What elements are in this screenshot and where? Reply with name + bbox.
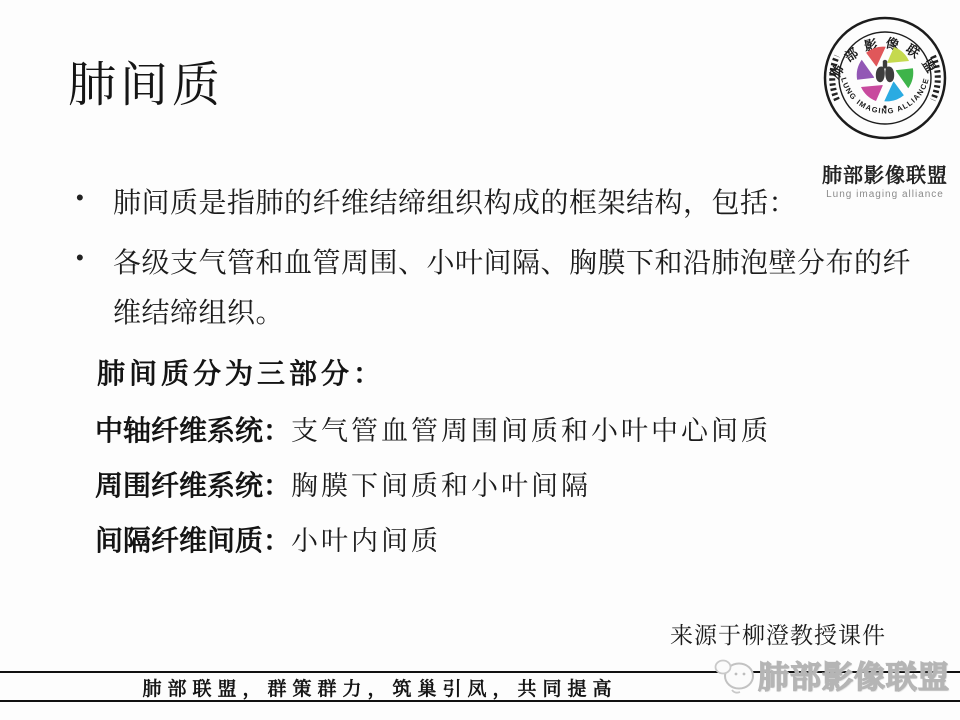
definition-row-axial: 中轴纤维系统：支气管血管周围间质和小叶中心间质 (95, 409, 771, 449)
aperture-blade (861, 85, 883, 101)
definition-label: 周围纤维系统： (95, 470, 291, 501)
definition-text: 小叶内间质 (291, 526, 441, 556)
lung-imaging-alliance-logo: 肺部影像联盟 LUNG IMAGING ALLIANCE (813, 10, 957, 200)
source-credit: 来源于柳澄教授课件 (670, 617, 886, 650)
watermark-mascot-icon (712, 650, 758, 698)
bullet-text: 肺间质是指肺的纤维结缔组织构成的框架结构，包括： (113, 178, 925, 228)
alliance-seal-icon: 肺部影像联盟 LUNG IMAGING ALLIANCE (813, 10, 957, 152)
bullet-text: 各级支气管和血管周围、小叶间隔、胸膜下和沿肺泡壁分布的纤维结缔组织。 (113, 238, 925, 338)
presentation-slide: 肺间质 肺部影像联盟 LUNG IMAGING ALLIANCE (0, 0, 960, 720)
definition-text: 支气管血管周围间质和小叶中心间质 (291, 416, 771, 446)
bullet-marker: • (76, 238, 113, 338)
page-title: 肺间质 (68, 46, 224, 115)
definition-label: 中轴纤维系统： (95, 415, 291, 446)
definition-label: 间隔纤维间质： (95, 525, 291, 556)
definition-row-septal: 间隔纤维间质：小叶内间质 (95, 519, 441, 559)
aperture-blade (850, 59, 875, 86)
bullet-marker: • (76, 178, 113, 228)
aperture-blade (896, 62, 921, 89)
watermark-text: 肺部影像联盟 (758, 652, 950, 697)
definition-text: 胸膜下间质和小叶间隔 (291, 471, 591, 501)
footer-divider-bottom (0, 700, 960, 702)
footer-slogan: 肺部联盟，群策群力，筑巢引凤，共同提高 (0, 674, 760, 701)
definition-row-peripheral: 周围纤维系统：胸膜下间质和小叶间隔 (95, 464, 591, 504)
subheading: 肺间质分为三部分： (97, 352, 385, 392)
bullet-item-2: • 各级支气管和血管周围、小叶间隔、胸膜下和沿肺泡壁分布的纤维结缔组织。 (76, 238, 925, 338)
watermark: 肺部影像联盟 (712, 650, 950, 698)
seal-dot (883, 105, 886, 108)
bullet-item-1: • 肺间质是指肺的纤维结缔组织构成的框架结构，包括： (76, 178, 925, 228)
